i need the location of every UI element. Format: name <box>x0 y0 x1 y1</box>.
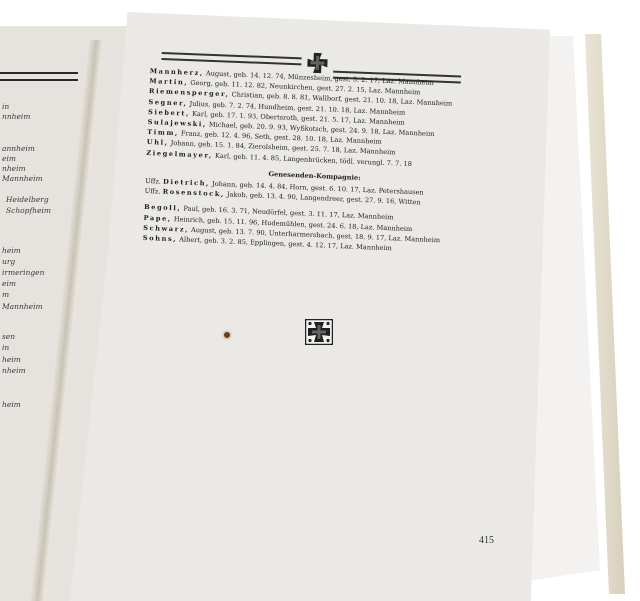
left-text-fragment: Heidelberg <box>6 195 49 204</box>
left-text-fragment: heim <box>2 355 21 364</box>
entry-surname: Rosenstock, <box>162 188 224 199</box>
entry-surname: Uhl, <box>147 138 169 147</box>
left-text-fragment: Mannheim <box>2 302 43 311</box>
entry-surname: Segner, <box>148 98 187 108</box>
entry-surname: Dietrich, <box>163 178 210 188</box>
iron-cross-framed-icon <box>305 319 333 345</box>
left-text-fragment: m <box>2 290 9 299</box>
header-rule-left <box>161 52 301 65</box>
left-text-fragment: in <box>2 343 9 352</box>
book-photo: in nnheim annheim eim nheim Mannheim Hei… <box>0 0 640 601</box>
entry-surname: Pape, <box>143 214 171 223</box>
left-text-fragment: eim <box>2 154 16 163</box>
left-text-fragment: urg <box>2 257 15 266</box>
left-text-fragment: sen <box>2 332 15 341</box>
entry-surname: Timm, <box>147 128 179 137</box>
left-text-fragment: heim <box>2 246 21 255</box>
left-text-fragment: nheim <box>2 164 26 173</box>
paper-stain <box>224 332 230 338</box>
entry-rank: Uffz. <box>145 187 161 196</box>
left-text-fragment: in <box>2 102 9 111</box>
entry-surname: Ziegelmayer, <box>146 149 213 160</box>
left-header-rule <box>0 72 78 81</box>
memorial-roll: Mannherz, August, geb. 14. 12. 74, Münze… <box>143 66 470 256</box>
left-text-fragment: nnheim <box>2 112 30 121</box>
entry-surname: Begoll, <box>144 203 182 213</box>
left-text-fragment: nheim <box>2 366 26 375</box>
entry-rank: Uffz. <box>145 177 161 186</box>
left-text-fragment: Schopfheim <box>6 206 51 215</box>
entry-surname: Siebert, <box>148 108 190 118</box>
left-text-fragment: annheim <box>2 144 35 153</box>
entry-surname: Sohns, <box>143 234 178 243</box>
entry-surname: Schwarz, <box>143 224 189 234</box>
left-text-fragment: Mannheim <box>2 174 43 183</box>
left-text-fragment: eim <box>2 279 16 288</box>
left-text-fragment: heim <box>2 400 21 409</box>
entry-surname: Martin, <box>149 77 188 87</box>
left-text-fragment: irmeringen <box>2 268 44 277</box>
iron-cross-icon <box>306 52 329 75</box>
page-number: 415 <box>479 535 494 546</box>
